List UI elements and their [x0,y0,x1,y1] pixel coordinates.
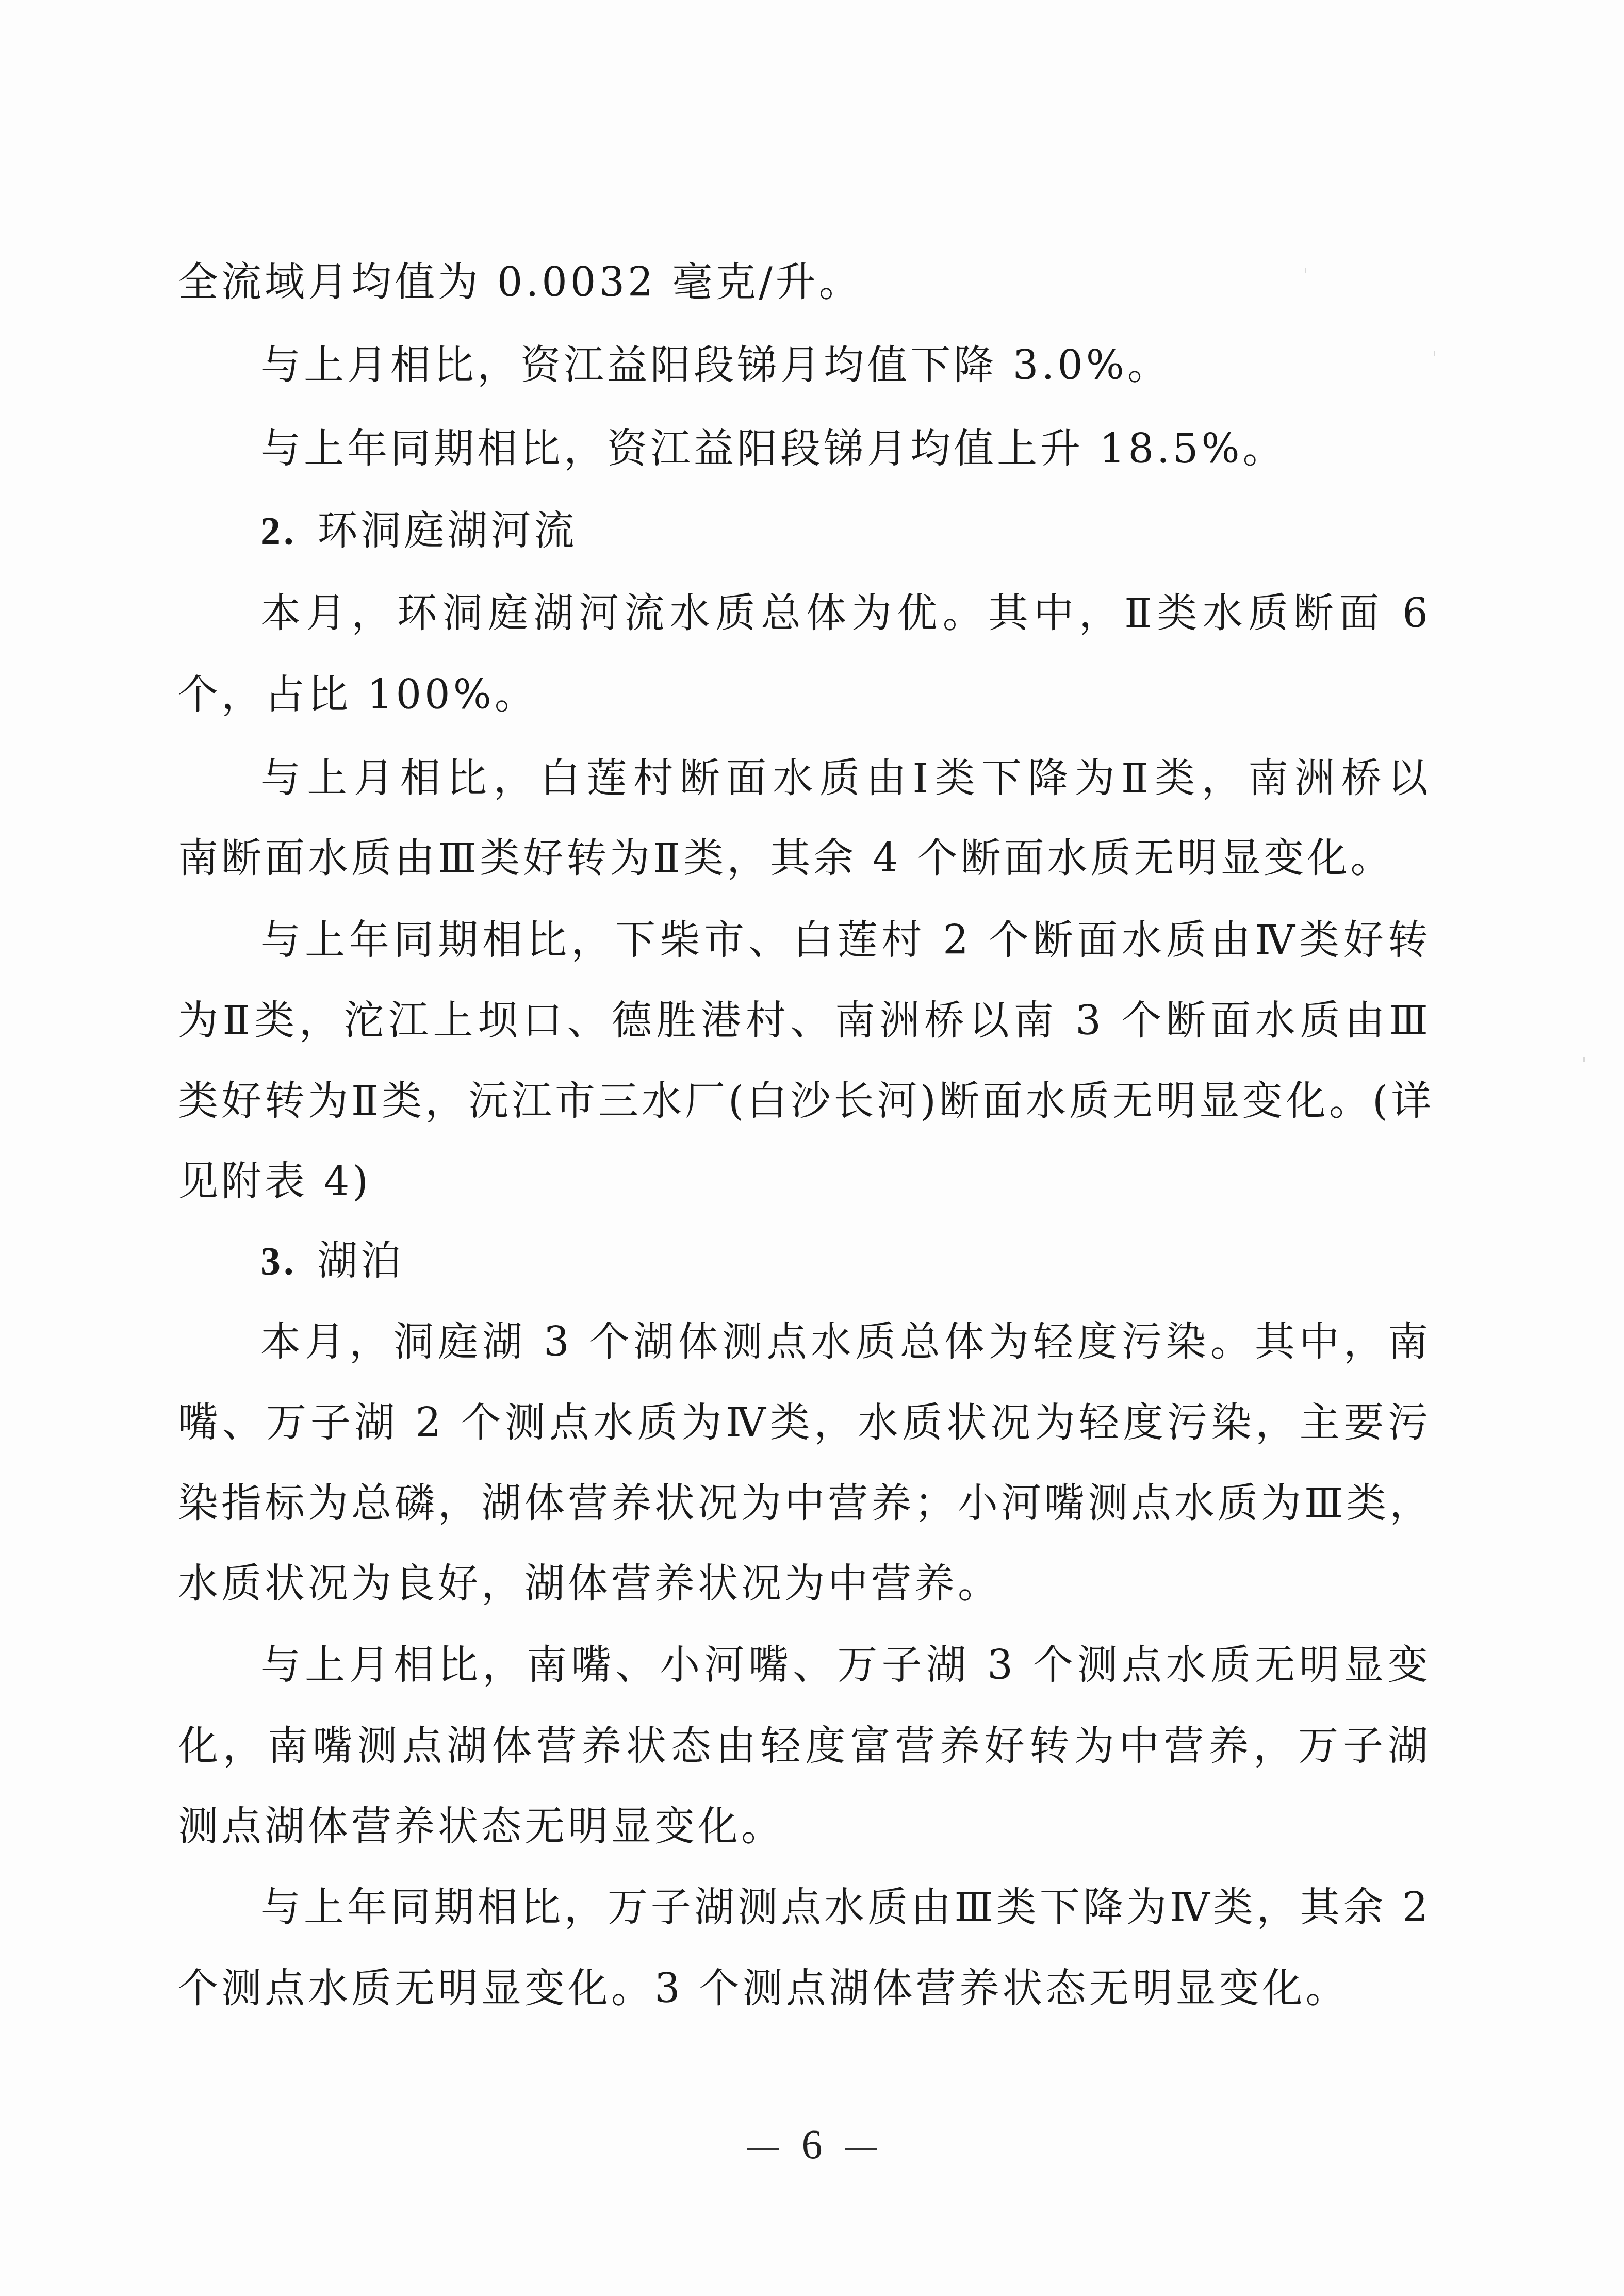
section-title: 环洞庭湖河流 [318,508,578,554]
paragraph-line: 与上年同期相比，下柴市、白莲村 2 个断面水质由Ⅳ类好转 [260,912,1431,969]
section-title: 湖泊 [318,1238,404,1284]
scan-speck [1305,268,1306,273]
paragraph-line: 全流域月均值为 0.0032 毫克/升。 [178,254,1431,311]
paragraph-line: 为Ⅱ类，沱江上坝口、德胜港村、南洲桥以南 3 个断面水质由Ⅲ [178,993,1431,1049]
paragraph-line: 嘴、万子湖 2 个测点水质为Ⅳ类，水质状况为轻度污染，主要污 [178,1395,1431,1451]
scan-speck [1434,351,1435,356]
section-heading-lakes: 3.湖泊 [260,1233,1431,1290]
paragraph-line: 测点湖体营养状态无明显变化。 [178,1798,1431,1855]
paragraph-line: 与上月相比，白莲村断面水质由Ⅰ类下降为Ⅱ类，南洲桥以 [260,750,1431,807]
paragraph-line: 本月，洞庭湖 3 个湖体测点水质总体为轻度污染。其中，南 [260,1314,1431,1370]
section-heading-rivers: 2.环洞庭湖河流 [260,503,1431,559]
document-page: 全流域月均值为 0.0032 毫克/升。与上月相比，资江益阳段锑月均值下降 3.… [0,0,1624,2296]
paragraph-line: 与上月相比，南嘴、小河嘴、万子湖 3 个测点水质无明显变 [260,1637,1431,1694]
scan-speck [1583,1057,1585,1062]
paragraph-line: 水质状况为良好，湖体营养状况为中营养。 [178,1556,1431,1612]
section-number: 2. [260,508,297,553]
page-number: 6 [0,2119,1624,2171]
paragraph-line: 与上年同期相比，资江益阳段锑月均值上升 18.5%。 [260,421,1431,477]
dash-right [845,2148,877,2150]
paragraph-line: 本月，环洞庭湖河流水质总体为优。其中，Ⅱ类水质断面 6 [260,585,1431,642]
section-number: 3. [260,1238,297,1283]
paragraph-line: 见附表 4) [178,1153,1431,1210]
paragraph-line: 染指标为总磷，湖体营养状况为中营养；小河嘴测点水质为Ⅲ类， [178,1475,1431,1532]
paragraph-line: 个，占比 100%。 [178,667,1431,723]
paragraph-line: 南断面水质由Ⅲ类好转为Ⅱ类，其余 4 个断面水质无明显变化。 [178,830,1431,887]
paragraph-line: 类好转为Ⅱ类，沅江市三水厂(白沙长河)断面水质无明显变化。(详 [178,1073,1431,1130]
paragraph-line: 个测点水质无明显变化。3 个测点湖体营养状态无明显变化。 [178,1960,1431,2017]
paragraph-line: 与上月相比，资江益阳段锑月均值下降 3.0%。 [260,337,1431,394]
dash-left [747,2148,779,2150]
page-number-value: 6 [802,2122,823,2168]
paragraph-line: 与上年同期相比，万子湖测点水质由Ⅲ类下降为Ⅳ类，其余 2 [260,1879,1431,1936]
paragraph-line: 化，南嘴测点湖体营养状态由轻度富营养好转为中营养，万子湖 [178,1718,1431,1775]
